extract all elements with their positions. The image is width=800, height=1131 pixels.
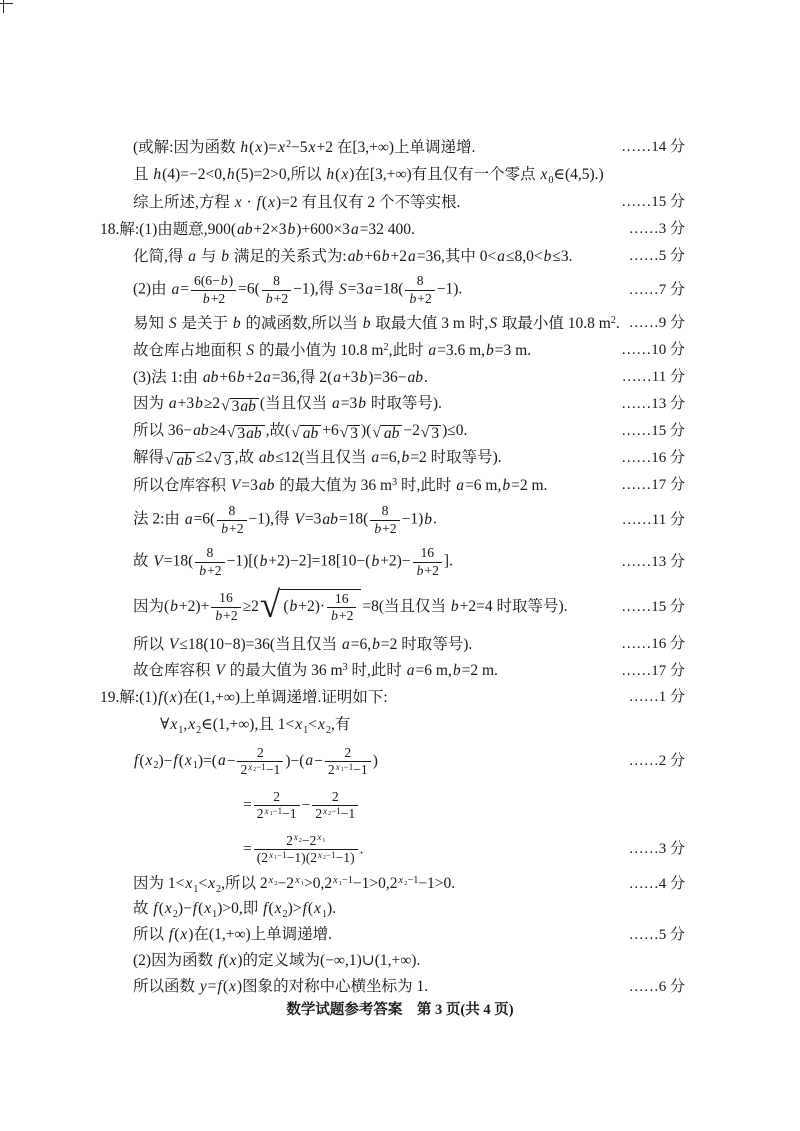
score-mark: ……15 分 — [613, 193, 685, 212]
score-mark: ……7 分 — [621, 281, 685, 300]
score-mark: ……13 分 — [613, 395, 685, 414]
radical-sign: √ — [221, 398, 230, 414]
answer-line: 所以仓库容积 V=3ab 的最大值为 36 m3 时,此时 a=6 m,b=2 … — [100, 472, 685, 499]
score-mark: ……11 分 — [614, 368, 685, 387]
radical-sign: √ — [227, 425, 236, 441]
line-content: (2)因为函数 f(x)的定义域为(−∞,1)∪(1,+∞). — [133, 951, 420, 970]
line-content: =22x1−1−1−22x2−1−1 — [243, 789, 360, 823]
line-content: 故仓库占地面积 S 的最小值为 10.8 m2,此时 a=3.6 m,b=3 m… — [133, 341, 531, 360]
answer-line: 因为(b+2)+16b+2≥2√(b+2)·16b+2=8(当且仅当 b+2=4… — [100, 583, 685, 631]
score-mark: ……15 分 — [613, 422, 685, 441]
line-content: 19.解:(1)f(x)在(1,+∞)上单调递增.证明如下: — [100, 688, 388, 707]
score-mark: ……13 分 — [613, 553, 685, 572]
answer-line: =2x2−2x1(2x1−1−1)(2x2−1−1).……3 分 — [100, 827, 685, 872]
crop-mark-horizontal — [0, 3, 13, 4]
radical-sign: √ — [340, 425, 349, 441]
answer-line: 所以 V≤18(10−8)=36(当且仅当 a=6,b=2 时取等号).……16… — [100, 631, 685, 658]
score-mark: ……2 分 — [621, 752, 685, 771]
answer-line: (3)法 1:由 ab+6b+2a=36,得 2(a+3b)=36−ab.……1… — [100, 364, 685, 391]
answer-line: 故 V=18(8b+2−1)[(b+2)−2]=18[10−(b+2)−16b+… — [100, 541, 685, 583]
answer-line: 且 h(4)=−2<0,h(5)=2>0,所以 h(x)在[3,+∞)有且仅有一… — [100, 161, 685, 189]
answer-line: (2)因为函数 f(x)的定义域为(−∞,1)∪(1,+∞). — [100, 948, 685, 974]
line-content: 综上所述,方程 x · f(x)=2 有且仅有 2 个不等实根. — [133, 193, 460, 212]
answer-line: f(x2)−f(x1)=(a−22x2−1−1)−(a−22x1−1−1)……2… — [100, 739, 685, 784]
line-content: 所以函数 y=f(x)图象的对称中心横坐标为 1. — [133, 977, 428, 996]
score-mark: ……17 分 — [613, 476, 685, 495]
answer-line: =22x1−1−1−22x2−1−1 — [100, 784, 685, 827]
radical-sign: √ — [260, 590, 280, 622]
answer-line: 化简,得 a 与 b 满足的关系式为:ab+6b+2a=36,其中 0<a≤8,… — [100, 243, 685, 270]
line-content: 化简,得 a 与 b 满足的关系式为:ab+6b+2a=36,其中 0<a≤8,… — [133, 247, 572, 266]
answer-line: 易知 S 是关于 b 的减函数,所以当 b 取最大值 3 m 时,S 取最小值 … — [100, 310, 685, 337]
radical-sign: √ — [165, 452, 174, 468]
line-content: 解得√ab≤2√3,故 ab≤12(当且仅当 a=6,b=2 时取等号). — [133, 448, 502, 469]
line-content: 所以 f(x)在(1,+∞)上单调递增. — [133, 925, 332, 944]
answer-line: (或解:因为函数 h(x)=x2−5x+2 在[3,+∞)上单调递增.……14 … — [100, 134, 685, 161]
line-content: 因为(b+2)+16b+2≥2√(b+2)·16b+2=8(当且仅当 b+2=4… — [133, 589, 568, 626]
line-content: (2)由 a=6(6−b)b+2=6(8b+2−1),得 S=3a=18(8b+… — [133, 273, 462, 307]
line-content: 法 2:由 a=6(8b+2−1),得 V=3ab=18(8b+2−1)b. — [133, 503, 437, 537]
radical-sign: √ — [213, 452, 222, 468]
radical-sign: √ — [421, 425, 430, 441]
score-mark: ……16 分 — [613, 635, 685, 654]
line-content: =2x2−2x1(2x1−1−1)(2x2−1−1). — [243, 833, 364, 867]
score-mark: ……10 分 — [613, 341, 685, 360]
answer-line: 法 2:由 a=6(8b+2−1),得 V=3ab=18(8b+2−1)b.……… — [100, 499, 685, 541]
score-mark: ……4 分 — [621, 875, 685, 894]
answer-line: 解得√ab≤2√3,故 ab≤12(当且仅当 a=6,b=2 时取等号).……1… — [100, 445, 685, 472]
page-footer: 数学试题参考答案 第 3 页(共 4 页) — [0, 998, 800, 1019]
score-mark: ……1 分 — [621, 688, 685, 707]
score-mark: ……16 分 — [613, 449, 685, 468]
answer-line: 所以 f(x)在(1,+∞)上单调递增.……5 分 — [100, 922, 685, 948]
answer-line: 19.解:(1)f(x)在(1,+∞)上单调递增.证明如下:……1 分 — [100, 684, 685, 711]
answers: (或解:因为函数 h(x)=x2−5x+2 在[3,+∞)上单调递增.……14 … — [100, 134, 685, 1000]
answer-line: 故仓库占地面积 S 的最小值为 10.8 m2,此时 a=3.6 m,b=3 m… — [100, 337, 685, 364]
answer-line: 因为 a+3b≥2√3ab(当且仅当 a=3b 时取等号).……13 分 — [100, 391, 685, 418]
scanned-answer-page: { "page": { "background": "#ffffff", "te… — [0, 0, 800, 1131]
line-content: (或解:因为函数 h(x)=x2−5x+2 在[3,+∞)上单调递增. — [133, 138, 475, 157]
answer-line: 因为 1<x1<x2,所以 2x2−2x1>0,2x1−1−1>0,2x2−1−… — [100, 872, 685, 896]
line-content: 所以仓库容积 V=3ab 的最大值为 36 m3 时,此时 a=6 m,b=2 … — [133, 476, 547, 495]
line-content: 故 V=18(8b+2−1)[(b+2)−2]=18[10−(b+2)−16b+… — [133, 545, 453, 579]
line-content: f(x2)−f(x1)=(a−22x2−1−1)−(a−22x1−1−1) — [133, 745, 378, 779]
score-mark: ……14 分 — [613, 138, 685, 157]
radical-sign: √ — [372, 425, 381, 441]
line-content: 因为 1<x1<x2,所以 2x2−2x1>0,2x1−1−1>0,2x2−1−… — [133, 874, 455, 893]
line-content: 所以 V≤18(10−8)=36(当且仅当 a=6,b=2 时取等号). — [133, 635, 472, 654]
score-mark: ……6 分 — [621, 978, 685, 997]
answer-line: ∀x1,x2∈(1,+∞),且 1<x1<x2,有 — [100, 711, 685, 739]
score-mark: ……3 分 — [621, 840, 685, 859]
line-content: 故 f(x2)−f(x1)>0,即 f(x2)>f(x1). — [133, 899, 336, 918]
line-content: 所以 36−ab≥4√3ab,故(√ab+6√3)(√ab−2√3)≤0. — [133, 421, 467, 442]
score-mark: ……17 分 — [613, 662, 685, 681]
answer-line: 故 f(x2)−f(x1)>0,即 f(x2)>f(x1). — [100, 896, 685, 922]
line-content: 18.解:(1)由题意,900(ab+2×3b)+600×3a=32 400. — [100, 220, 415, 239]
answer-line: 所以 36−ab≥4√3ab,故(√ab+6√3)(√ab−2√3)≤0.……1… — [100, 418, 685, 445]
score-mark: ……5 分 — [621, 926, 685, 945]
crop-mark-vertical — [3, 0, 4, 13]
score-mark: ……15 分 — [613, 598, 685, 617]
score-mark: ……9 分 — [621, 314, 685, 333]
line-content: ∀x1,x2∈(1,+∞),且 1<x1<x2,有 — [160, 715, 350, 734]
answer-line: 故仓库容积 V 的最大值为 36 m3 时,此时 a=6 m,b=2 m.……1… — [100, 658, 685, 684]
answer-line: (2)由 a=6(6−b)b+2=6(8b+2−1),得 S=3a=18(8b+… — [100, 270, 685, 310]
score-mark: ……11 分 — [614, 511, 685, 530]
line-content: 易知 S 是关于 b 的减函数,所以当 b 取最大值 3 m 时,S 取最小值 … — [133, 314, 620, 333]
score-mark: ……3 分 — [621, 220, 685, 239]
answer-line: 18.解:(1)由题意,900(ab+2×3b)+600×3a=32 400.…… — [100, 216, 685, 243]
line-content: 故仓库容积 V 的最大值为 36 m3 时,此时 a=6 m,b=2 m. — [133, 661, 498, 680]
answer-line: 综上所述,方程 x · f(x)=2 有且仅有 2 个不等实根.……15 分 — [100, 189, 685, 216]
radical-sign: √ — [291, 425, 300, 441]
line-content: (3)法 1:由 ab+6b+2a=36,得 2(a+3b)=36−ab. — [133, 368, 428, 387]
line-content: 因为 a+3b≥2√3ab(当且仅当 a=3b 时取等号). — [133, 394, 442, 415]
line-content: 且 h(4)=−2<0,h(5)=2>0,所以 h(x)在[3,+∞)有且仅有一… — [133, 165, 604, 184]
answer-line: 所以函数 y=f(x)图象的对称中心横坐标为 1.……6 分 — [100, 974, 685, 1000]
score-mark: ……5 分 — [621, 247, 685, 266]
